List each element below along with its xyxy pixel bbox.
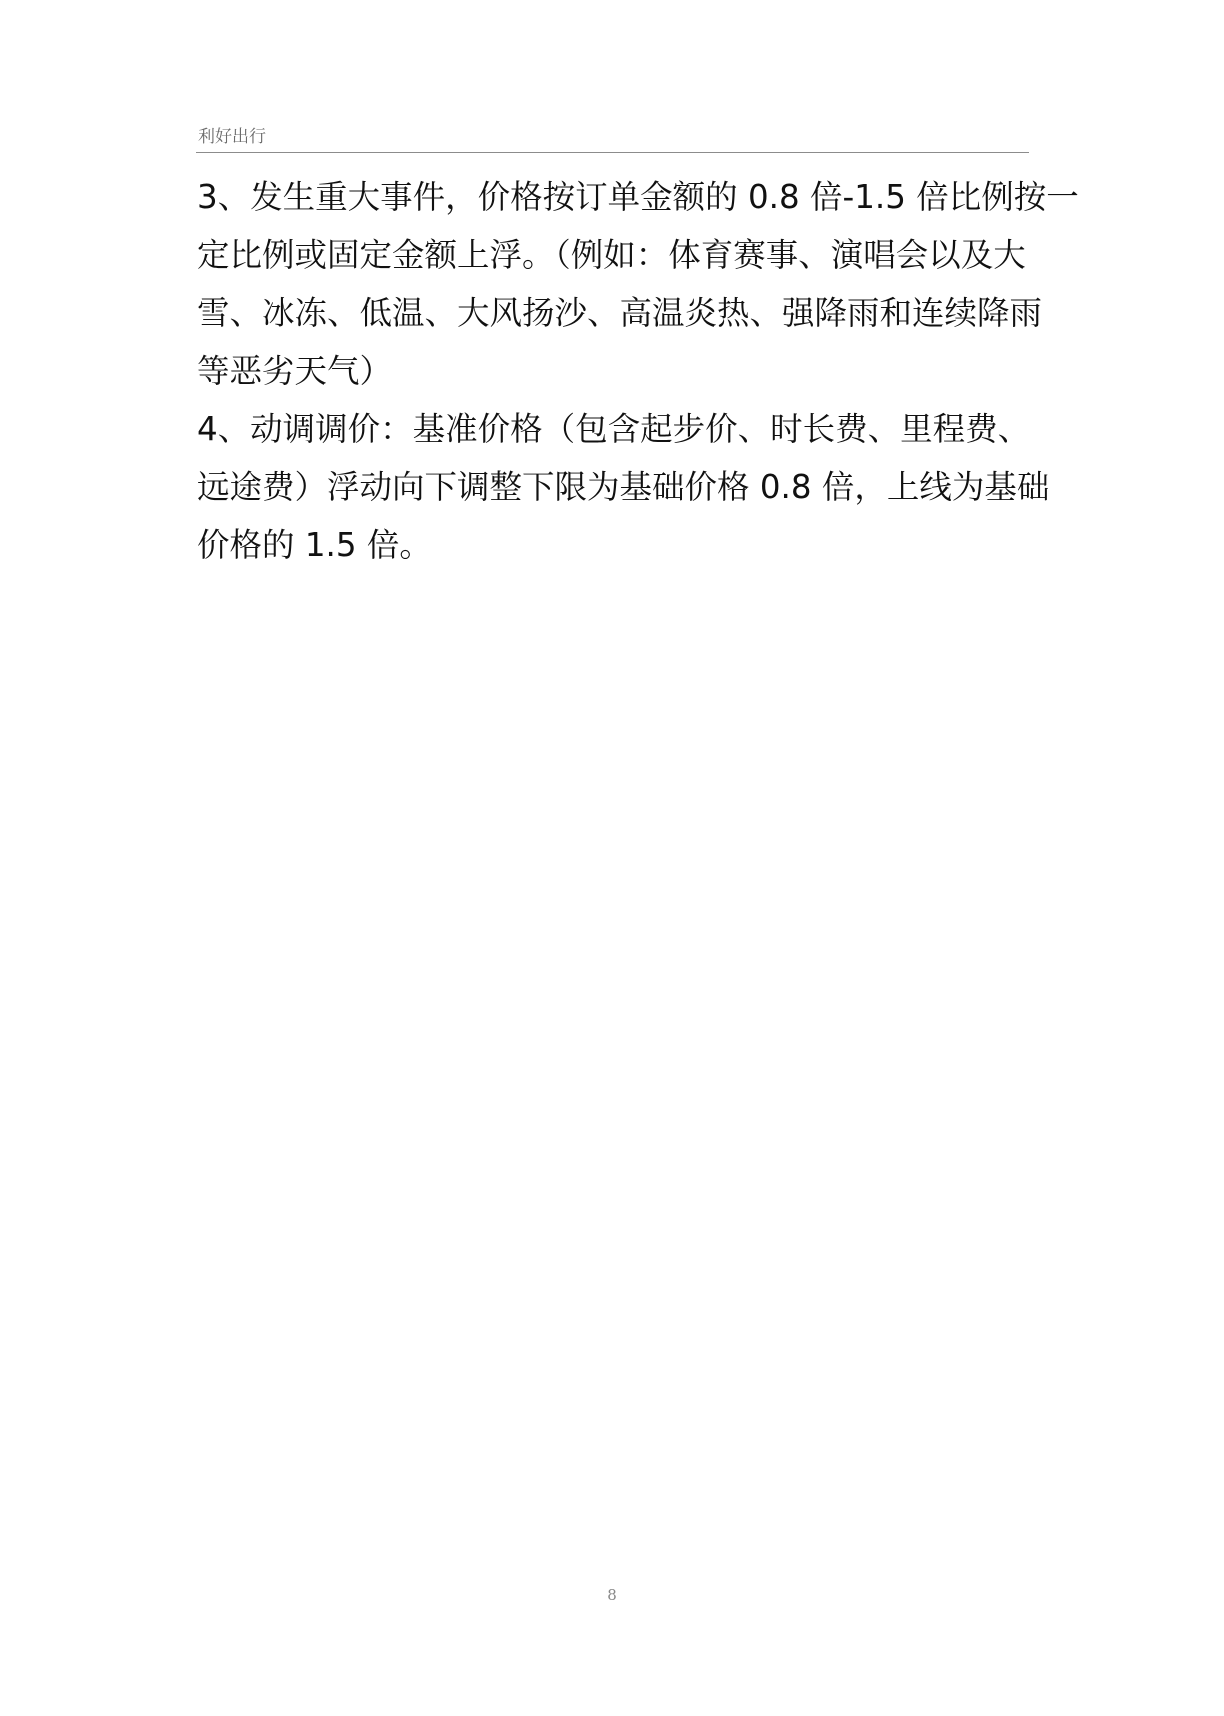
paragraph-item-4: 4、动调调价：基准价格（包含起步价、时长费、里程费、 远途费）浮动向下调整下限为… [197, 400, 1037, 574]
document-page: 利好出行 3、发生重大事件，价格按订单金额的 0.8 倍-1.5 倍比例按一 定… [0, 0, 1224, 1716]
paragraph-line: 定比例或固定金额上浮。（例如：体育赛事、演唱会以及大 [197, 226, 1037, 284]
paragraph-line: 等恶劣天气） [197, 342, 1037, 400]
page-number: 8 [0, 1586, 1224, 1604]
paragraph-line: 3、发生重大事件，价格按订单金额的 0.8 倍-1.5 倍比例按一 [197, 168, 1037, 226]
header-title: 利好出行 [198, 127, 266, 147]
paragraph-line: 雪、冰冻、低温、大风扬沙、高温炎热、强降雨和连续降雨 [197, 284, 1037, 342]
document-body: 3、发生重大事件，价格按订单金额的 0.8 倍-1.5 倍比例按一 定比例或固定… [197, 168, 1037, 574]
paragraph-item-3: 3、发生重大事件，价格按订单金额的 0.8 倍-1.5 倍比例按一 定比例或固定… [197, 168, 1037, 400]
paragraph-line: 远途费）浮动向下调整下限为基础价格 0.8 倍，上线为基础 [197, 458, 1037, 516]
running-header: 利好出行 [196, 126, 1029, 153]
paragraph-line: 4、动调调价：基准价格（包含起步价、时长费、里程费、 [197, 400, 1037, 458]
paragraph-line: 价格的 1.5 倍。 [197, 516, 1037, 574]
